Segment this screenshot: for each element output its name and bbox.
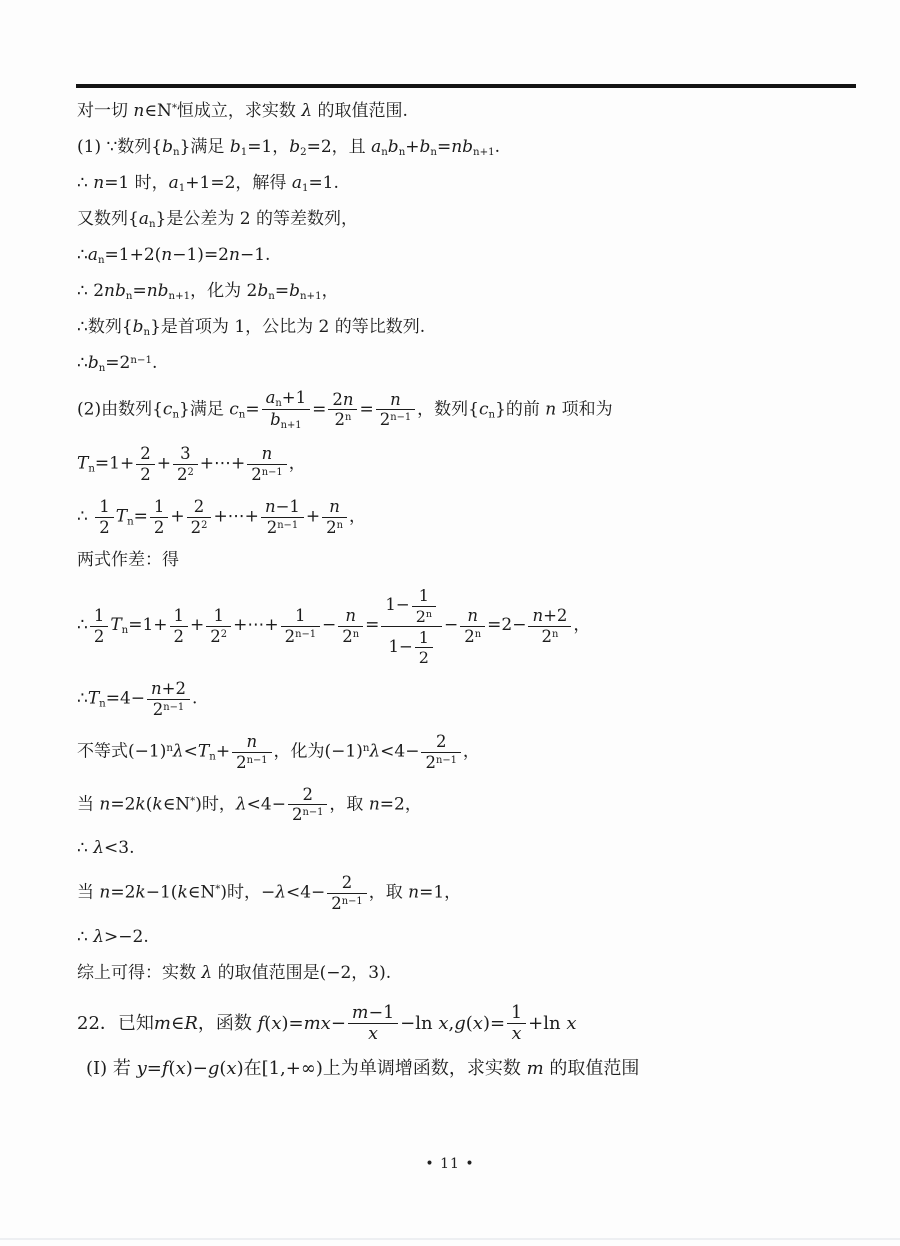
fraction: 12 (90, 606, 109, 646)
fraction: n2n (460, 606, 485, 646)
fraction: 1x (507, 1003, 526, 1045)
part2-half-tn-line: ∴ 12Tn=12+222+⋯+n−12n−1+n2n， (77, 497, 837, 537)
part1-geometric-line: ∴数列{bn}是首项为 1，公比为 2 的等比数列. (77, 316, 837, 339)
lambda-condition-line: 对一切 n∈N*恒成立，求实数 λ 的取值范围. (77, 100, 837, 123)
part1-n1-line: ∴ n=1 时，a1+1=2，解得 a1=1. (77, 172, 837, 195)
odd-case-line: 当 n=2k−1(k∈N*)时，−λ<4−22n−1，取 n=1， (77, 873, 837, 913)
document-content: 对一切 n∈N*恒成立，求实数 λ 的取值范围.(1) ∵数列{bn}满足 b1… (77, 100, 837, 1095)
fraction: n+22n (528, 606, 571, 646)
fraction: 122 (206, 606, 231, 646)
fraction: 12 (95, 497, 114, 537)
fraction: n+22n−1 (147, 679, 190, 719)
fraction: n2n (322, 497, 347, 537)
fraction: 12 (415, 628, 433, 667)
problem-22-part1-line: (Ⅰ) 若 y=f(x)−g(x)在[1,+∞)上为单调增函数，求实数 m 的取… (77, 1057, 837, 1081)
fraction: n2n (338, 606, 363, 646)
fraction: n2n−1 (232, 732, 271, 772)
part1-arith-line: 又数列{an}是公差为 2 的等差数列， (77, 208, 837, 231)
fraction: 322 (173, 444, 198, 484)
document-page: 对一切 n∈N*恒成立，求实数 λ 的取值范围.(1) ∵数列{bn}满足 b1… (0, 0, 900, 1246)
inequality-line: 不等式(−1)nλ<Tn+n2n−1，化为(−1)nλ<4−22n−1， (77, 732, 837, 772)
part1-recurrence-line: ∴ 2nbn=nbn+1，化为 2bn=bn+1， (77, 280, 837, 303)
part1-given-line: (1) ∵数列{bn}满足 b1=1，b2=2，且 anbn+bn=nbn+1. (77, 136, 837, 159)
part2-tn-line: Tn=1+22+322+⋯+n2n−1， (77, 444, 837, 484)
footer-rule (0, 1238, 900, 1240)
fraction: 22n−1 (327, 873, 366, 913)
fraction: m−1x (348, 1003, 398, 1045)
fraction: 12n (412, 586, 436, 625)
part2-cn-line: (2)由数列{cn}满足 cn=an+1bn+1=2n2n=n2n−1，数列{c… (77, 388, 837, 432)
part1-bn-formula-line: ∴bn=2n−1. (77, 352, 837, 375)
fraction: n−12n−1 (261, 497, 304, 537)
fraction: 22n−1 (288, 785, 327, 825)
even-case-line: 当 n=2k(k∈N*)时，λ<4−22n−1，取 n=2， (77, 785, 837, 825)
tn-final-line: ∴Tn=4−n+22n−1. (77, 679, 837, 719)
odd-case-result-line: ∴ λ>−2. (77, 926, 837, 949)
fraction: 1−12n1−12 (381, 585, 442, 666)
fraction: n2n−1 (247, 444, 286, 484)
page-number: • 11 • (0, 1156, 900, 1172)
fraction: n2n−1 (376, 390, 415, 430)
header-rule (76, 84, 856, 88)
fraction: 22 (136, 444, 155, 484)
fraction: 2n2n (328, 390, 357, 430)
fraction: 12n−1 (281, 606, 320, 646)
even-case-result-line: ∴ λ<3. (77, 837, 837, 860)
conclusion-line: 综上可得：实数 λ 的取值范围是(−2，3). (77, 962, 837, 985)
part1-an-formula-line: ∴an=1+2(n−1)=2n−1. (77, 244, 837, 267)
fraction: 12 (170, 606, 189, 646)
fraction: 12 (150, 497, 169, 537)
fraction: an+1bn+1 (262, 388, 311, 432)
subtract-note-line: 两式作差：得 (77, 549, 837, 572)
fraction: 222 (187, 497, 212, 537)
fraction: 22n−1 (421, 732, 460, 772)
problem-22-line: 22．已知m∈R，函数 f(x)=mx−m−1x−ln x,g(x)=1x+ln… (77, 1003, 837, 1045)
subtract-result-line: ∴12Tn=1+12+122+⋯+12n−1−n2n=1−12n1−12−n2n… (77, 585, 837, 666)
